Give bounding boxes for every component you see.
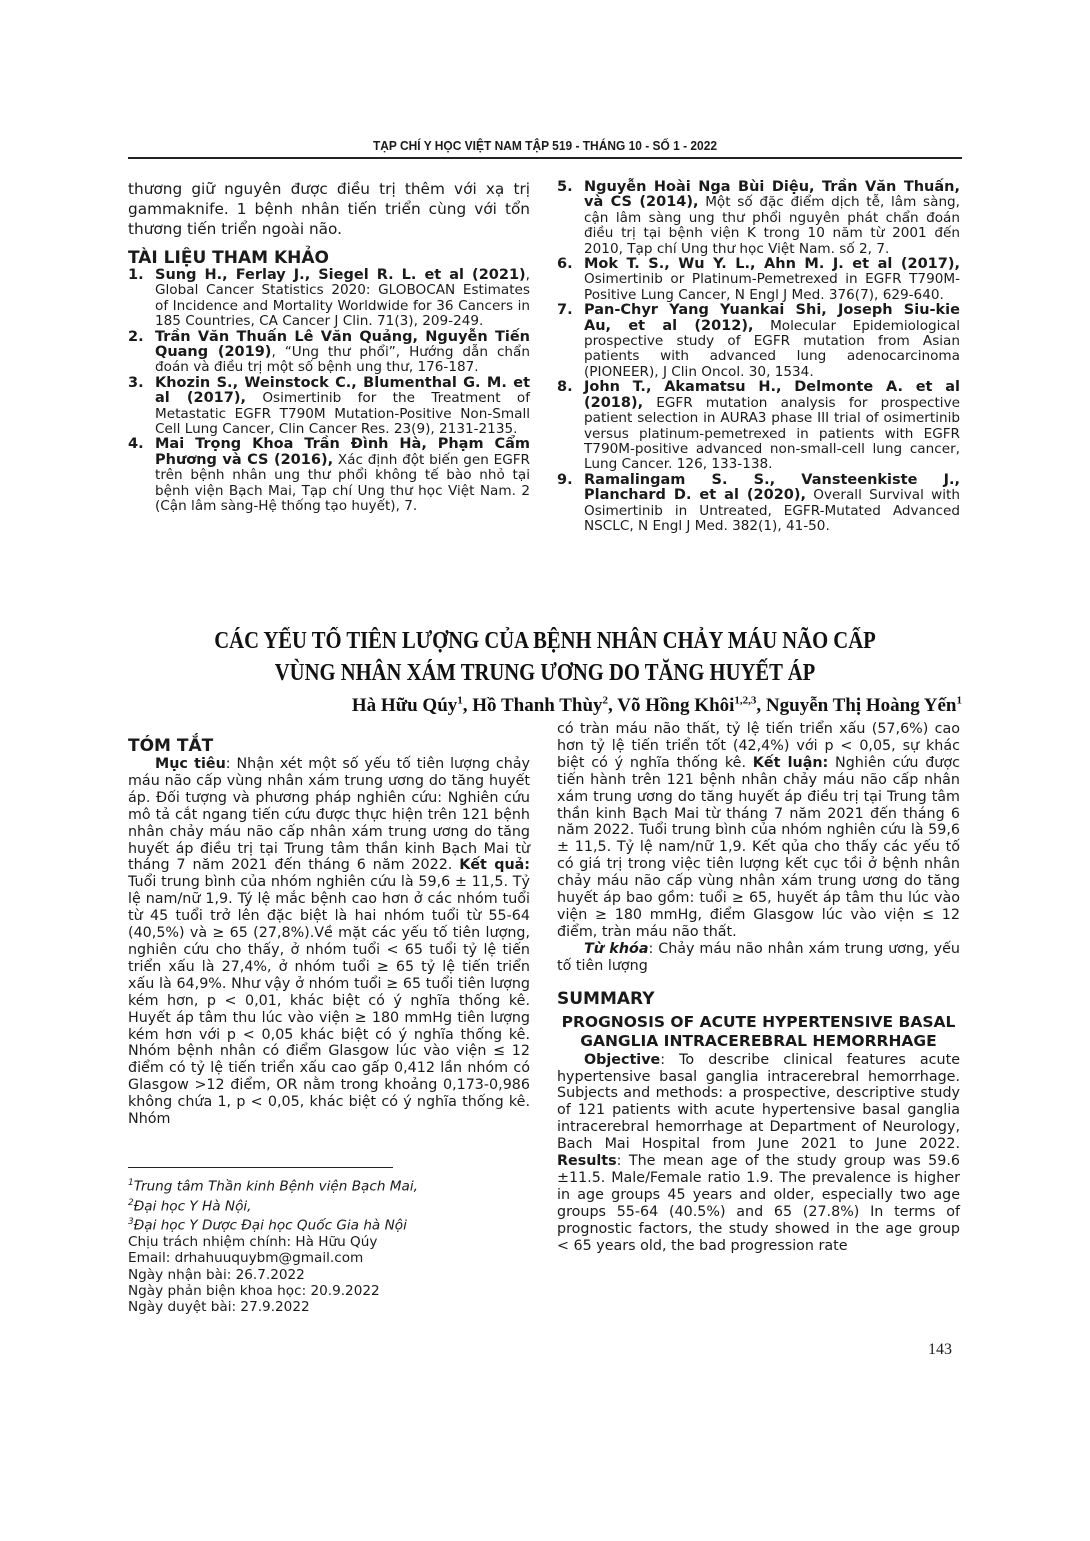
- reference-authors: Mok T. S., Wu Y. L., Ahn M. J. et al (20…: [584, 256, 960, 272]
- reference-number: 6.: [557, 257, 584, 303]
- reference-item: 5. Nguyễn Hoài Nga Bùi Diệu, Trần Văn Th…: [557, 180, 960, 257]
- reference-number: 9.: [557, 473, 584, 535]
- reference-number: 5.: [557, 180, 584, 257]
- article-title-line-1: CÁC YẾU TỐ TIÊN LƯỢNG CỦA BỆNH NHÂN CHẢY…: [186, 625, 903, 657]
- right-column-top: 5. Nguyễn Hoài Nga Bùi Diệu, Trần Văn Th…: [557, 180, 960, 534]
- reference-number: 3.: [128, 376, 155, 438]
- keywords-label: Từ khóa: [584, 941, 648, 957]
- footnote-rule: [128, 1167, 393, 1168]
- author-list: Hà Hữu Qúy1, Hồ Thanh Thùy2, Võ Hồng Khô…: [128, 694, 962, 718]
- author-separator: ,: [608, 695, 617, 716]
- corresponding-author: Chịu trách nhiệm chính: Hà Hữu Qúy: [128, 1234, 530, 1250]
- reference-number: 1.: [128, 268, 155, 330]
- author-name: Hà Hữu Qúy: [352, 695, 457, 716]
- author-name: Hồ Thanh Thùy: [472, 695, 602, 716]
- en-results-label: Results: [557, 1153, 617, 1169]
- reference-item: 8. John T., Akamatsu H., Delmonte A. et …: [557, 380, 960, 472]
- en-results-text: : The mean age of the study group was 59…: [557, 1153, 960, 1254]
- author-affiliation: 1,2,3: [734, 695, 756, 707]
- reference-number: 4.: [128, 437, 155, 514]
- left-column-top: thương giữ nguyên được điều trị thêm với…: [128, 179, 530, 515]
- review-date: Ngày phản biện khoa học: 20.9.2022: [128, 1283, 530, 1299]
- email: Email: drhahuuquybm@gmail.com: [128, 1250, 530, 1266]
- reference-item: 6. Mok T. S., Wu Y. L., Ahn M. J. et al …: [557, 257, 960, 303]
- references-list-right: 5. Nguyễn Hoài Nga Bùi Diệu, Trần Văn Th…: [557, 180, 960, 534]
- article-title: CÁC YẾU TỐ TIÊN LƯỢNG CỦA BỆNH NHÂN CHẢY…: [186, 625, 903, 689]
- reference-text: Osimertinib or Platinum-Pemetrexed in EG…: [584, 271, 960, 302]
- results-text: Tuổi trung bình của nhóm nghiên cứu là 5…: [128, 874, 530, 1127]
- reference-item: 2. Trần Văn Thuấn Lê Văn Quảng, Nguyễn T…: [128, 330, 530, 376]
- affiliation-2: 2Đại học Y Hà Nội,: [128, 1195, 530, 1215]
- references-heading: TÀI LIỆU THAM KHẢO: [128, 248, 530, 268]
- reference-number: 7.: [557, 303, 584, 380]
- abstract-vi-body: Mục tiêu: Nhận xét một số yếu tố tiên lư…: [128, 756, 530, 1128]
- accepted-date: Ngày duyệt bài: 27.9.2022: [128, 1299, 530, 1315]
- affiliation-3: 3Đại học Y Dược Đại học Quốc Gia hà Nội: [128, 1214, 530, 1234]
- affiliation-text: Đại học Y Hà Nội,: [134, 1198, 252, 1214]
- affiliation-1: 1Trung tâm Thần kinh Bệnh viện Bạch Mai,: [128, 1175, 530, 1195]
- received-date: Ngày nhận bài: 26.7.2022: [128, 1267, 530, 1283]
- author-name: Nguyễn Thị Hoàng Yến: [766, 695, 957, 716]
- objective-text: : Nhận xét một số yếu tố tiên lượng chảy…: [128, 756, 530, 873]
- author-affiliation: 1: [957, 695, 963, 707]
- header-rule: [128, 157, 962, 159]
- author-separator: ,: [463, 695, 473, 716]
- footnotes: 1Trung tâm Thần kinh Bệnh viện Bạch Mai,…: [128, 1175, 530, 1315]
- summary-body: Objective: To describe clinical features…: [557, 1052, 960, 1255]
- conclusion-label: Kết luận:: [753, 755, 828, 771]
- reference-item: 9. Ramalingam S. S., Vansteenkiste J., P…: [557, 473, 960, 535]
- running-header: TẠP CHÍ Y HỌC VIỆT NAM TẬP 519 - THÁNG 1…: [161, 138, 928, 153]
- affiliation-text: Đại học Y Dược Đại học Quốc Gia hà Nội: [134, 1218, 407, 1234]
- objective-label: Mục tiêu: [155, 756, 226, 772]
- affiliation-text: Trung tâm Thần kinh Bệnh viện Bạch Mai,: [134, 1179, 418, 1195]
- en-objective-label: Objective: [584, 1052, 660, 1068]
- page-number: 143: [928, 1341, 952, 1359]
- abstract-vi-left: TÓM TẮT Mục tiêu: Nhận xét một số yếu tố…: [128, 736, 530, 1128]
- author-separator: ,: [756, 695, 766, 716]
- summary-heading: SUMMARY: [557, 989, 960, 1009]
- reference-number: 2.: [128, 330, 155, 376]
- abstract-vi-continuation: có tràn máu não thất, tỷ lệ tiến triển x…: [557, 721, 960, 941]
- abstract-vi-heading: TÓM TẮT: [128, 736, 530, 756]
- reference-item: 1. Sung H., Ferlay J., Siegel R. L. et a…: [128, 268, 530, 330]
- reference-item: 7. Pan-Chyr Yang Yuankai Shi, Joseph Siu…: [557, 303, 960, 380]
- references-list-left: 1. Sung H., Ferlay J., Siegel R. L. et a…: [128, 268, 530, 515]
- keywords: Từ khóa: Chảy máu não nhân xám trung ươn…: [557, 941, 960, 975]
- reference-item: 4. Mai Trọng Khoa Trần Đình Hà, Phạm Cẩm…: [128, 437, 530, 514]
- reference-item: 3. Khozin S., Weinstock C., Blumenthal G…: [128, 376, 530, 438]
- conclusion-text: Nghiên cứu được tiến hành trên 121 bệnh …: [557, 755, 960, 940]
- results-label: Kết quả:: [459, 857, 530, 873]
- summary-title: PROGNOSIS OF ACUTE HYPERTENSIVE BASAL GA…: [557, 1013, 960, 1051]
- reference-authors: Sung H., Ferlay J., Siegel R. L. et al (…: [155, 267, 526, 283]
- article-title-line-2: VÙNG NHÂN XÁM TRUNG ƯƠNG DO TĂNG HUYẾT Á…: [186, 657, 903, 689]
- abstract-right: có tràn máu não thất, tỷ lệ tiến triển x…: [557, 721, 960, 1254]
- carryover-text: thương giữ nguyên được điều trị thêm với…: [128, 179, 530, 239]
- reference-number: 8.: [557, 380, 584, 472]
- author-name: Võ Hồng Khôi: [617, 695, 734, 716]
